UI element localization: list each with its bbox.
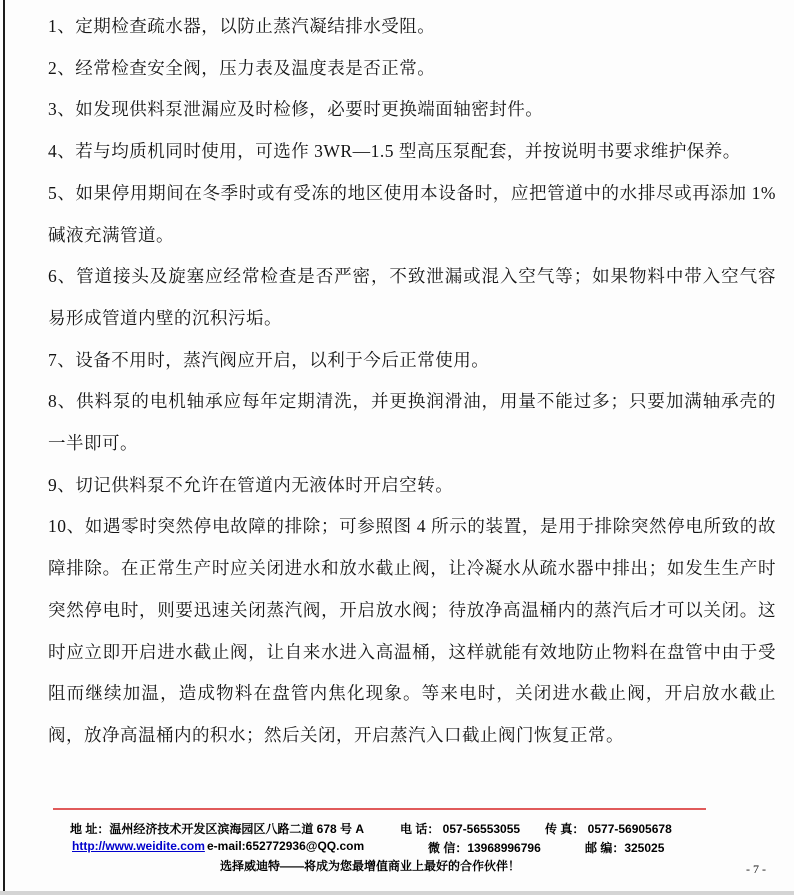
website-link[interactable]: http://www.weidite.com — [72, 839, 205, 853]
page-footer: 地 址：温州经济技术开发区滨海园区八路二道 678 号 A 电 话： 057-5… — [0, 0, 794, 895]
footer-slogan: 选择威迪特——将成为您最增值商业上最好的合作伙伴！ — [220, 857, 520, 874]
footer-address: 地 址：温州经济技术开发区滨海园区八路二道 678 号 A — [70, 820, 364, 837]
footer-phone: 电 话： 057-56553055 — [400, 820, 520, 837]
document-page: 1、定期检查疏水器，以防止蒸汽凝结排水受阻。 2、经常检查安全阀，压力表及温度表… — [0, 0, 794, 895]
footer-postal-code: 邮 编：325025 — [585, 839, 664, 856]
footer-fax: 传 真： 0577-56905678 — [545, 820, 672, 837]
page-bottom-edge — [0, 891, 794, 895]
footer-email: e-mail:652772936@QQ.com — [207, 839, 364, 853]
page-number: - 7 - — [746, 862, 766, 877]
footer-wechat: 微 信：13968996796 — [428, 839, 541, 856]
